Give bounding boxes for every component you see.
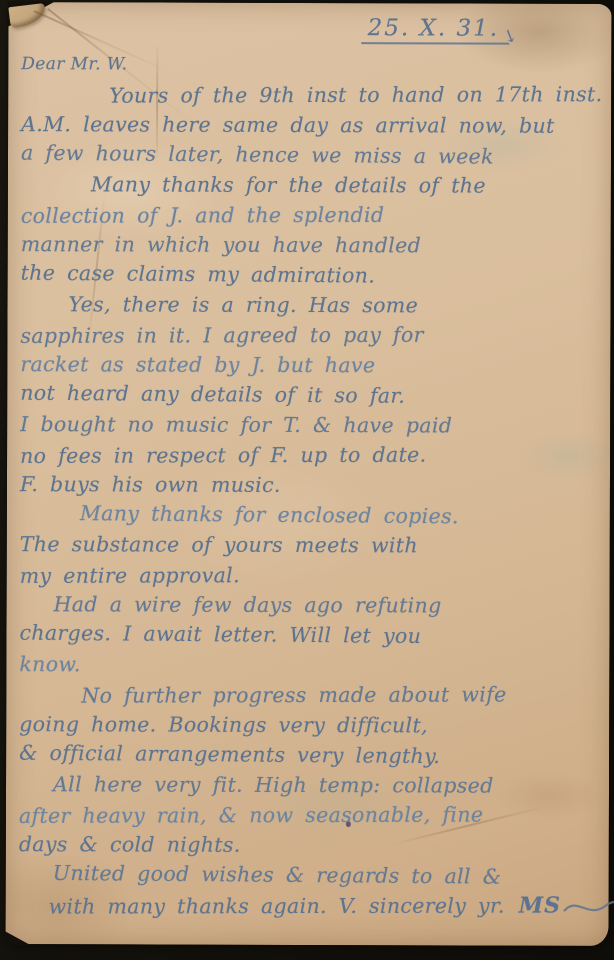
letter-line: know. xyxy=(19,649,599,681)
letter-line: charges. I await letter. Will let you xyxy=(19,618,599,653)
letter-line: no fees in respect of F. up to date. xyxy=(20,439,600,471)
closing-line: with many thanks again. V. sincerely yr.… xyxy=(19,889,599,924)
letter-line: Yes, there is a ring. Has some xyxy=(20,289,600,321)
letter-line: Many thanks for the details of the xyxy=(21,169,601,201)
letter-line: I bought no music for T. & have paid xyxy=(20,409,600,441)
letter-line: United good wishes & regards to all & xyxy=(19,858,599,893)
signature-flourish-icon xyxy=(563,894,614,918)
letter-line: Many thanks for enclosed copies. xyxy=(20,498,600,533)
letter-line: Yours of the 9th inst to hand on 17th in… xyxy=(21,79,601,111)
letter-line: racket as stated by J. but have xyxy=(20,349,600,381)
signature: MS xyxy=(519,892,561,918)
letter-content: 25. X. 31.↘ Dear Mr. W. Yours of the 9th… xyxy=(6,2,612,946)
letter-line: days & cold nights. xyxy=(19,829,599,861)
letter-date: 25. X. 31. xyxy=(362,15,510,44)
letter-body: Yours of the 9th inst to hand on 17th in… xyxy=(19,79,602,891)
letter-line: The substance of yours meets with xyxy=(20,529,600,561)
letter-line: a few hours later, hence we miss a week xyxy=(21,138,601,173)
letter-line: manner in which you have handled xyxy=(21,229,601,261)
letter-line: sapphires in it. I agreed to pay for xyxy=(20,319,600,351)
letter-line: A.M. leaves here same day as arrival now… xyxy=(21,109,601,141)
date-row: 25. X. 31.↘ xyxy=(21,14,601,54)
letter-line: my entire approval. xyxy=(20,559,600,591)
letter-line: & official arrangements very lengthy. xyxy=(19,738,599,773)
closing-text: with many thanks again. V. sincerely yr. xyxy=(49,894,505,919)
letter-line: Had a wire few days ago refuting xyxy=(20,589,600,621)
letter-paper: 25. X. 31.↘ Dear Mr. W. Yours of the 9th… xyxy=(6,2,612,946)
letter-line: No further progress made about wife xyxy=(19,679,599,711)
letter-line: after heavy rain, & now seasonable, fine xyxy=(19,799,599,831)
letter-line: going home. Bookings very difficult, xyxy=(19,709,599,741)
letter-line: All here very fit. High temp: collapsed xyxy=(19,769,599,801)
salutation: Dear Mr. W. xyxy=(21,52,601,81)
letter-line: collection of J. and the splendid xyxy=(21,199,601,231)
letter-line: the case claims my admiration. xyxy=(21,258,601,293)
letter-line: F. buys his own music. xyxy=(20,469,600,501)
letter-line: not heard any details of it so far. xyxy=(20,378,600,413)
